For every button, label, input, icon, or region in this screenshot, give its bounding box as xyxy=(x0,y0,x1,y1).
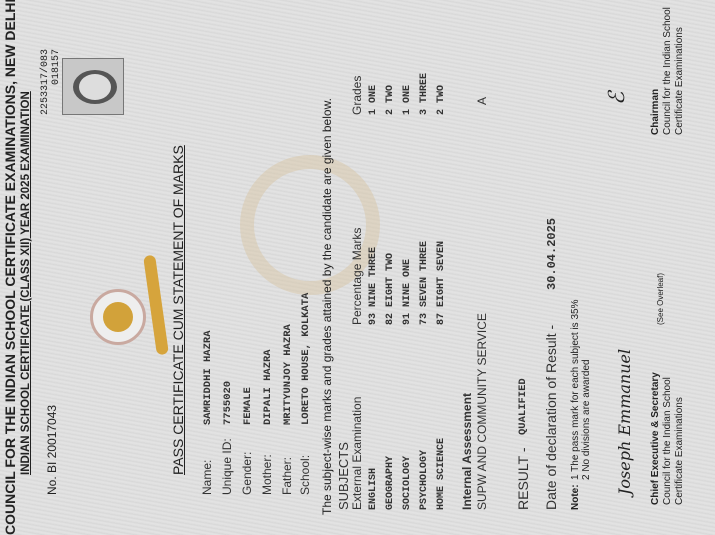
table-cell-subject: PSYCHOLOGY xyxy=(419,450,430,510)
internal-header: Internal Assessment xyxy=(460,393,474,510)
date-label: Date of declaration of Result - xyxy=(543,325,559,510)
mother-label: Mother: xyxy=(260,454,274,495)
page-title: PASS CERTIFICATE CUM STATEMENT OF MARKS xyxy=(170,145,186,475)
note-2: 2 No divisions are awarded xyxy=(581,359,593,480)
chairman-signature-icon: ℰ xyxy=(605,92,630,105)
school-label: School: xyxy=(298,455,312,495)
index-code: 2253317/083 018157 xyxy=(40,49,62,115)
school-value: LORETO HOUSE, KOLKATA xyxy=(300,293,312,425)
table-cell-subject: SOCIOLOGY xyxy=(402,456,413,510)
certificate-number: No. BI 20017043 xyxy=(45,405,59,495)
table-cell-grade: 1 ONE xyxy=(368,85,379,115)
internal-grade: A xyxy=(475,97,489,105)
table-cell-grade: 2 TWO xyxy=(436,85,447,115)
cisce-logo-icon xyxy=(90,289,146,345)
father-label: Father: xyxy=(280,457,294,495)
table-cell-marks: 82 EIGHT TWO xyxy=(385,253,396,325)
council-header: COUNCIL FOR THE INDIAN SCHOOL CERTIFICAT… xyxy=(2,0,18,535)
result-value: QUALIFIED xyxy=(517,378,529,435)
date-value: 30.04.2025 xyxy=(545,218,559,290)
exam-header: INDIAN SCHOOL CERTIFICATE (CLASS XII) YE… xyxy=(20,91,32,475)
grades-header: Grades xyxy=(350,76,364,115)
intro-text: The subject-wise marks and grades attain… xyxy=(320,98,334,515)
see-overleaf: (See Overleaf) xyxy=(655,273,667,325)
gender-label: Gender: xyxy=(240,452,254,495)
table-cell-marks: 93 NINE THREE xyxy=(368,247,379,325)
note-label: Note: xyxy=(570,484,582,510)
chairman-org-1: Council for the Indian School xyxy=(662,7,674,135)
secretary-signature: Joseph Emmanuel xyxy=(615,349,634,495)
internal-subject: SUPW AND COMMUNITY SERVICE xyxy=(475,313,489,510)
secretary-org-2: Certificate Examinations xyxy=(674,397,686,505)
index-number: 2253317/083 xyxy=(40,49,51,115)
table-cell-subject: GEOGRAPHY xyxy=(385,456,396,510)
subjects-header: SUBJECTS xyxy=(336,442,351,510)
table-cell-grade: 2 TWO xyxy=(385,85,396,115)
name-value: SAMRIDDHI HAZRA xyxy=(202,330,214,425)
secretary-org-1: Council for the Indian School xyxy=(662,377,674,505)
chairman-title: Chairman xyxy=(650,89,662,135)
serial-number: 018157 xyxy=(51,49,62,115)
table-cell-marks: 91 NINE ONE xyxy=(402,259,413,325)
chairman-org-2: Certificate Examinations xyxy=(674,27,686,135)
father-value: MRITYUNJOY HAZRA xyxy=(282,324,294,425)
result-label: RESULT - xyxy=(515,448,531,511)
table-cell-grade: 1 ONE xyxy=(402,85,413,115)
uid-value: 7755020 xyxy=(222,381,234,425)
name-label: Name: xyxy=(200,460,214,495)
table-cell-subject: HOME SCIENCE xyxy=(436,438,447,510)
certificate-page: COUNCIL FOR THE INDIAN SCHOOL CERTIFICAT… xyxy=(0,0,715,535)
mother-value: DIPALI HAZRA xyxy=(262,349,274,425)
table-cell-marks: 73 SEVEN THREE xyxy=(419,241,430,325)
candidate-photo xyxy=(62,58,124,115)
table-cell-grade: 3 THREE xyxy=(419,73,430,115)
logo-ribbon-icon xyxy=(143,255,169,356)
table-cell-subject: ENGLISH xyxy=(368,468,379,510)
external-header: External Examination xyxy=(350,397,364,510)
gender-value: FEMALE xyxy=(242,387,254,425)
uid-label: Unique ID: xyxy=(220,438,234,495)
secretary-title: Chief Executive & Secretary xyxy=(650,372,662,505)
table-cell-marks: 87 EIGHT SEVEN xyxy=(436,241,447,325)
marks-header: Percentage Marks xyxy=(350,228,364,325)
